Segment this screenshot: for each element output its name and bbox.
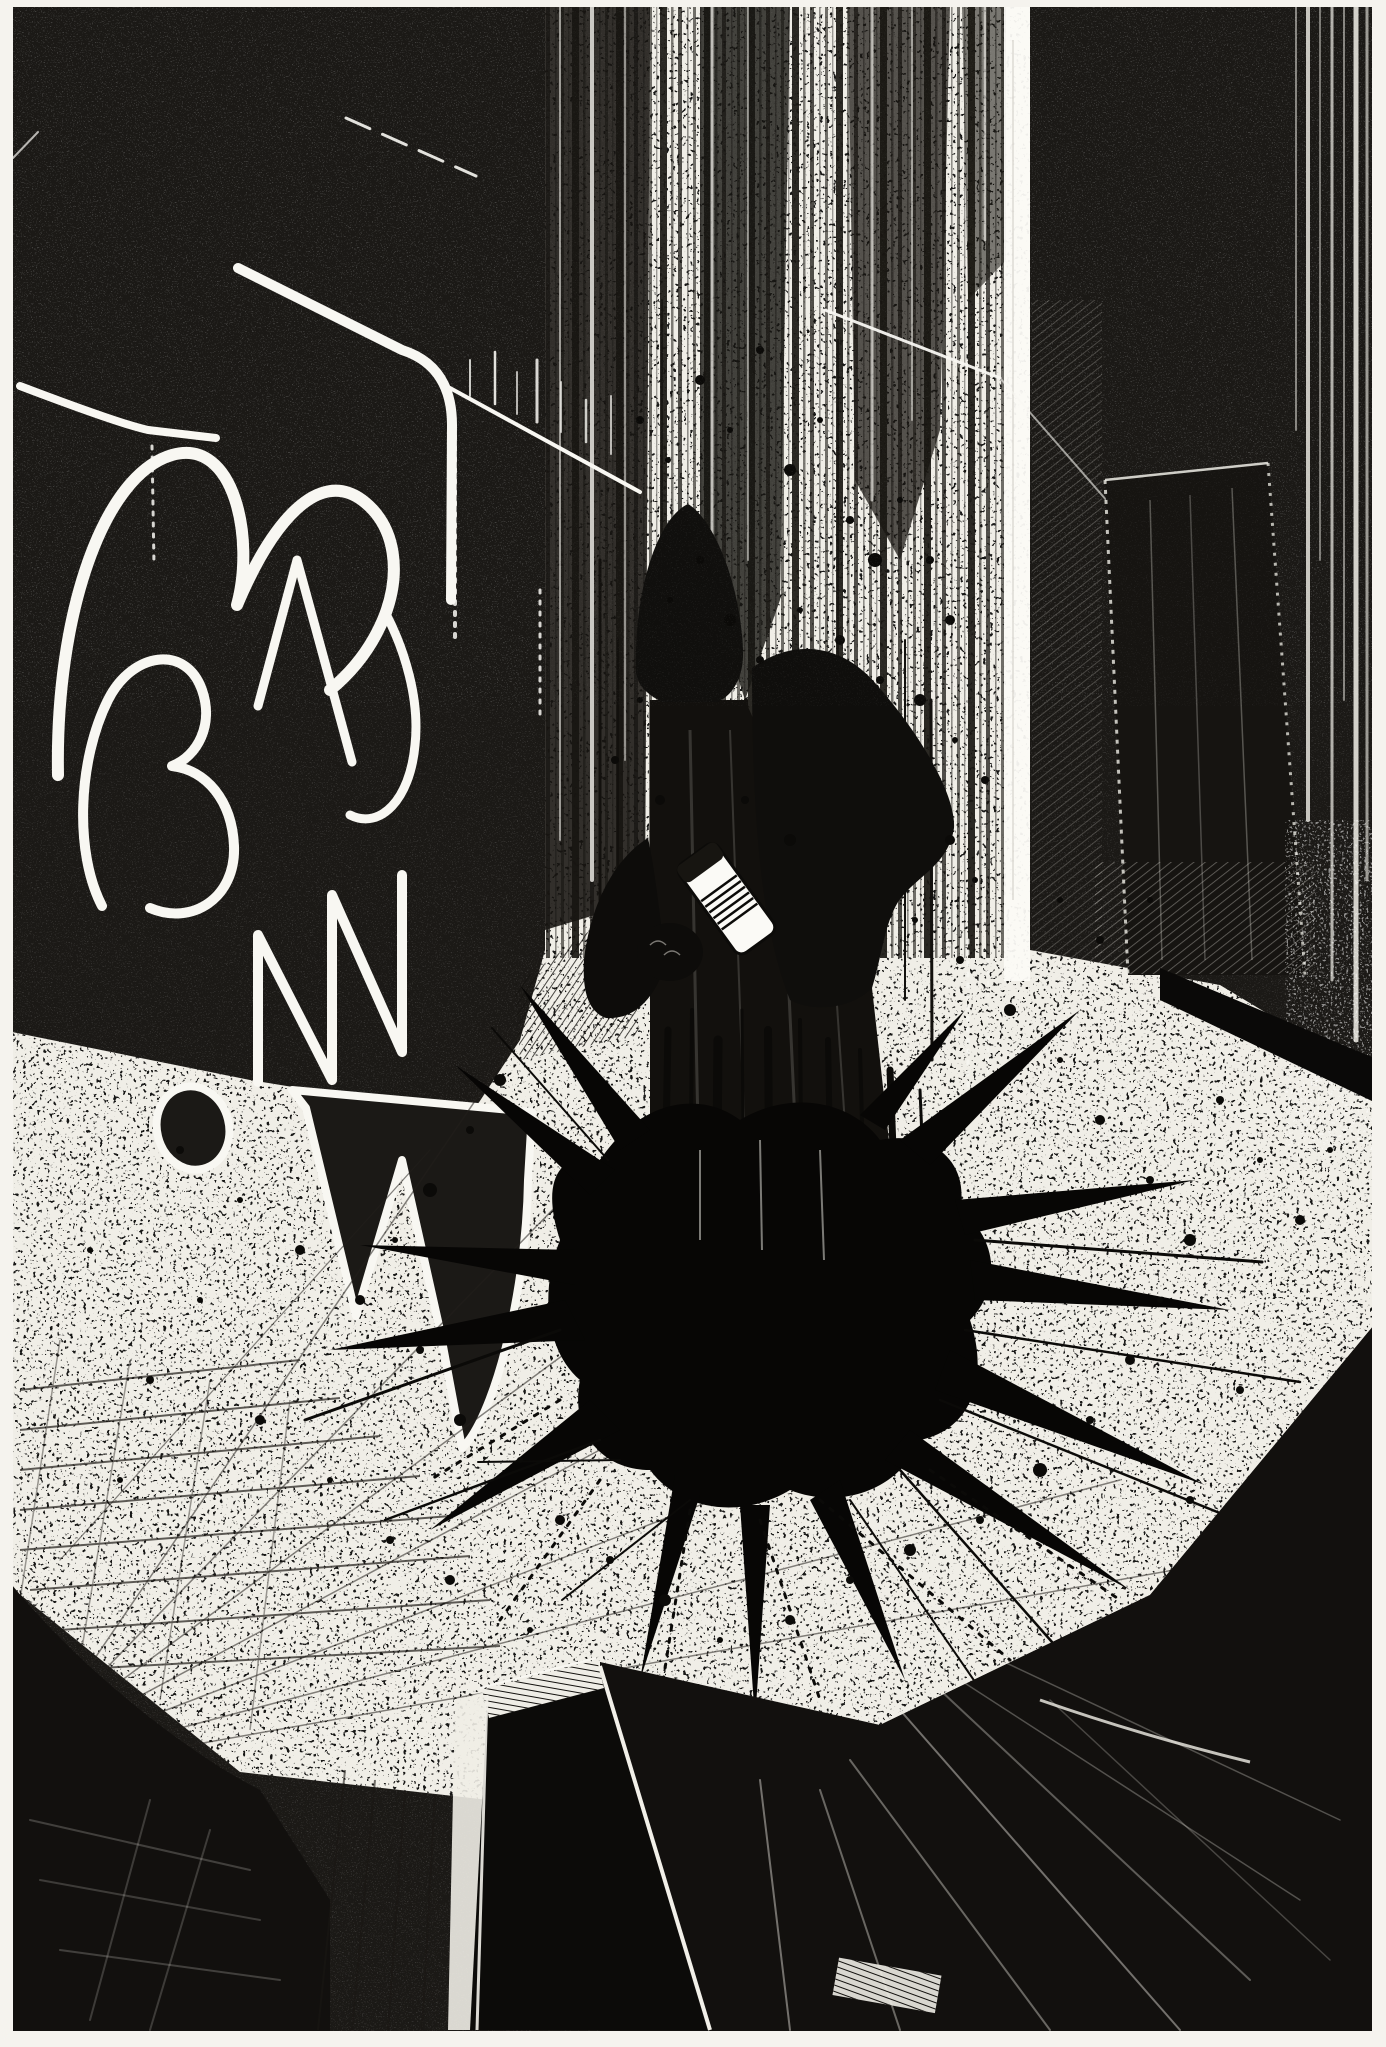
manga-page xyxy=(0,0,1386,2047)
grain-overlay xyxy=(12,6,1373,706)
panel-canvas xyxy=(0,0,1386,2047)
